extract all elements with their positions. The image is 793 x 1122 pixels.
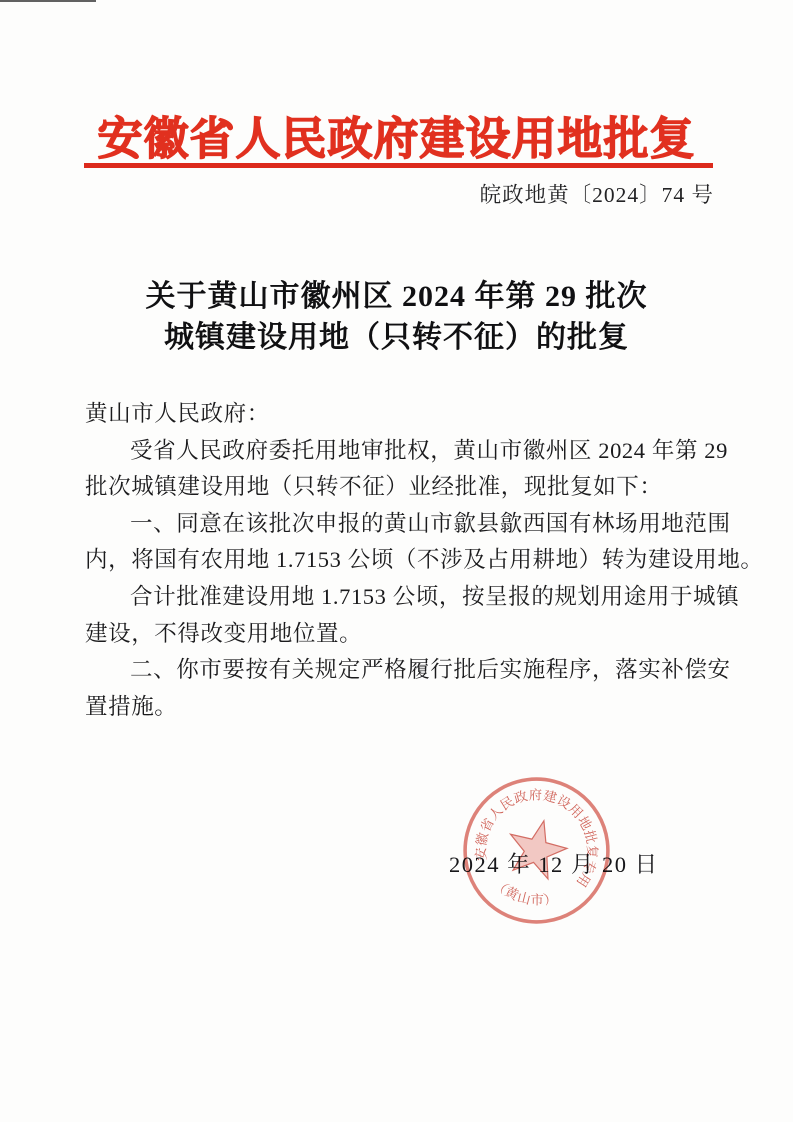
body-line: 建设，不得改变用地位置。 — [85, 616, 717, 653]
scan-artifact-line — [0, 0, 96, 2]
document-masthead-title: 安徽省人民政府建设用地批复 — [0, 102, 793, 167]
document-body: 黄山市人民政府： 受省人民政府委托用地审批权，黄山市徽州区 2024 年第 29… — [85, 396, 717, 725]
subject-line-2: 城镇建设用地（只转不征）的批复 — [0, 317, 793, 358]
document-subject-title: 关于黄山市徽州区 2024 年第 29 批次 城镇建设用地（只转不征）的批复 — [0, 276, 793, 358]
body-line: 一、同意在该批次申报的黄山市歙县歙西国有林场用地范围 — [85, 506, 717, 543]
document-number: 皖政地黄〔2024〕74 号 — [480, 178, 714, 209]
body-line: 内，将国有农用地 1.7153 公顷（不涉及占用耕地）转为建设用地。 — [85, 542, 717, 579]
body-line: 批次城镇建设用地（只转不征）业经批准，现批复如下： — [85, 469, 717, 506]
body-line: 合计批准建设用地 1.7153 公顷，按呈报的规划用途用于城镇 — [85, 579, 717, 616]
body-line: 受省人民政府委托用地审批权，黄山市徽州区 2024 年第 29 — [85, 433, 717, 470]
subject-line-1: 关于黄山市徽州区 2024 年第 29 批次 — [0, 276, 793, 317]
body-line: 置措施。 — [85, 689, 717, 726]
svg-text:（黄山市）: （黄山市） — [489, 874, 563, 914]
masthead-divider-rule — [84, 163, 713, 168]
body-line: 二、你市要按有关规定严格履行批后实施程序，落实补偿安 — [85, 652, 717, 689]
official-seal: 安徽省人民政府建设用地批复专用章 （黄山市） — [460, 774, 613, 927]
body-line-salutation: 黄山市人民政府： — [85, 396, 717, 433]
star-icon — [502, 814, 572, 882]
document-page: 安徽省人民政府建设用地批复 皖政地黄〔2024〕74 号 关于黄山市徽州区 20… — [0, 0, 793, 1122]
seal-bottom-text: （黄山市） — [489, 874, 563, 914]
